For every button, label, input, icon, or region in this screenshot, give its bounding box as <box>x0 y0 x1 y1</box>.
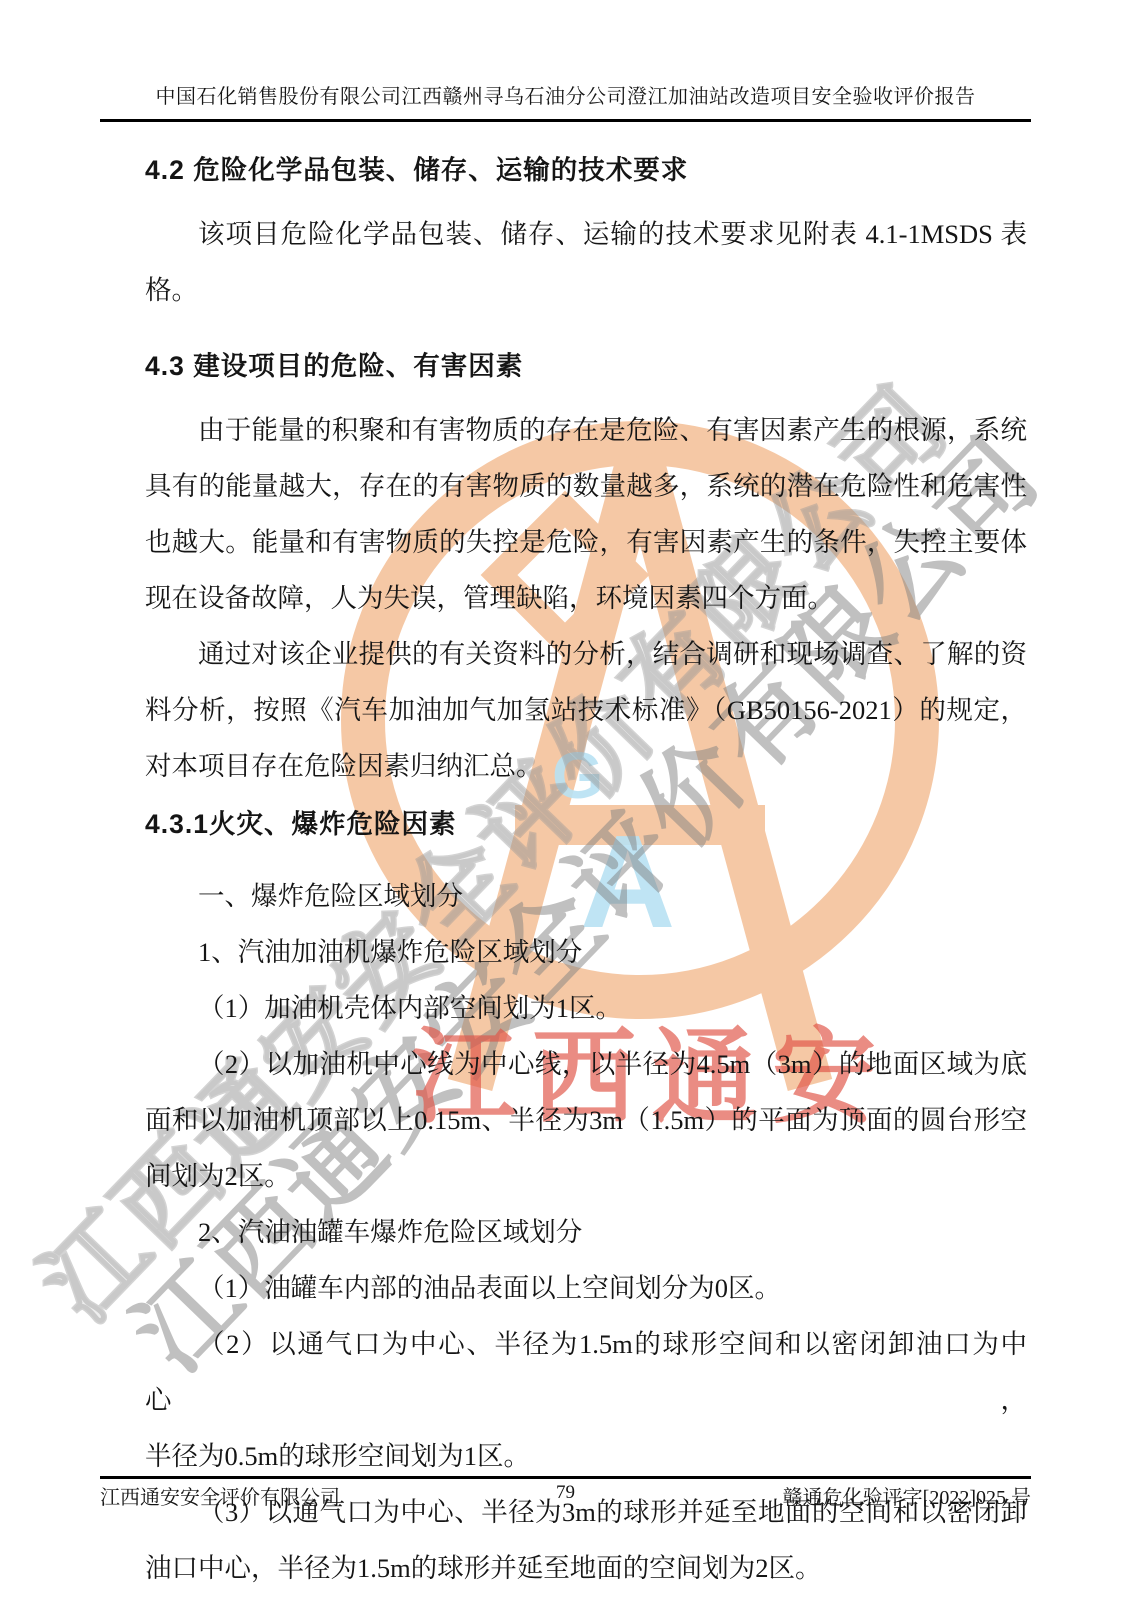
section-heading: 4.3 建设项目的危险、有害因素 <box>145 338 1027 394</box>
body-paragraph: （1）油罐车内部的油品表面以上空间划分为0区。 <box>145 1260 1027 1316</box>
text-line: （2）以通气口为中心、半径为1.5m的球形空间和以密闭卸油口为中心， <box>145 1316 1027 1428</box>
page-content: 中国石化销售股份有限公司江西赣州寻乌石油分公司澄江加油站改造项目安全验收评价报告… <box>0 0 1131 1596</box>
body-paragraph: 由于能量的积聚和有害物质的存在是危险、有害因素产生的根源，系统具有的能量越大，存… <box>145 402 1027 626</box>
body-paragraph: 该项目危险化学品包装、储存、运输的技术要求见附表 4.1-1MSDS 表格。 <box>145 206 1027 318</box>
body-paragraph: 1、汽油加油机爆炸危险区域划分 <box>145 924 1027 980</box>
footer-row: 江西通安安全评价有限公司 79 赣通危化验评字[2022]025 号 <box>0 1479 1131 1509</box>
text-line: 油口中心，半径为1.5m的球形并延至地面的空间划为2区。 <box>145 1540 1027 1596</box>
text-line: 料分析，按照《汽车加油加气加氢站技术标准》（GB50156-2021）的规定， <box>145 682 1027 738</box>
text-line: 面和以加油机顶部以上0.15m、半径为3m（1.5m）的平面为顶面的圆台形空 <box>145 1092 1027 1148</box>
text-line: 4.2 危险化学品包装、储存、运输的技术要求 <box>145 142 1027 198</box>
text-line: 1、汽油加油机爆炸危险区域划分 <box>145 924 1027 980</box>
body-paragraph: （2）以通气口为中心、半径为1.5m的球形空间和以密闭卸油口为中心，半径为0.5… <box>145 1316 1027 1484</box>
text-line: 该项目危险化学品包装、储存、运输的技术要求见附表 4.1-1MSDS 表 <box>145 206 1027 262</box>
text-line: 由于能量的积聚和有害物质的存在是危险、有害因素产生的根源，系统 <box>145 402 1027 458</box>
page-footer: 江西通安安全评价有限公司 79 赣通危化验评字[2022]025 号 <box>0 1476 1131 1509</box>
text-line: 4.3.1火灾、爆炸危险因素 <box>145 796 1027 852</box>
body-paragraph: （2）以加油机中心线为中心线，以半径为4.5m（3m）的地面区域为底面和以加油机… <box>145 1036 1027 1204</box>
text-line: （2）以加油机中心线为中心线，以半径为4.5m（3m）的地面区域为底 <box>145 1036 1027 1092</box>
text-line: 一、爆炸危险区域划分 <box>145 868 1027 924</box>
text-line: 4.3 建设项目的危险、有害因素 <box>145 338 1027 394</box>
report-page: G A 江西通安安全评价有限公司 江西通安安全评价有限公司 江西通安 中国石化销… <box>0 0 1131 1600</box>
text-line: 格。 <box>145 262 1027 318</box>
body-paragraph: （1）加油机壳体内部空间划为1区。 <box>145 980 1027 1036</box>
page-header-title: 中国石化销售股份有限公司江西赣州寻乌石油分公司澄江加油站改造项目安全验收评价报告 <box>0 0 1131 110</box>
document-body: 4.2 危险化学品包装、储存、运输的技术要求该项目危险化学品包装、储存、运输的技… <box>145 142 1027 1596</box>
header-rule <box>100 119 1031 122</box>
text-line: （1）加油机壳体内部空间划为1区。 <box>145 980 1027 1036</box>
section-heading: 4.2 危险化学品包装、储存、运输的技术要求 <box>145 142 1027 198</box>
text-line: 间划为2区。 <box>145 1148 1027 1204</box>
text-line: （1）油罐车内部的油品表面以上空间划分为0区。 <box>145 1260 1027 1316</box>
body-paragraph: 一、爆炸危险区域划分 <box>145 868 1027 924</box>
text-line: 也越大。能量和有害物质的失控是危险，有害因素产生的条件，失控主要体 <box>145 514 1027 570</box>
text-line: 2、汽油油罐车爆炸危险区域划分 <box>145 1204 1027 1260</box>
body-paragraph: 2、汽油油罐车爆炸危险区域划分 <box>145 1204 1027 1260</box>
text-line: 对本项目存在危险因素归纳汇总。 <box>145 738 1027 794</box>
section-heading: 4.3.1火灾、爆炸危险因素 <box>145 796 1027 852</box>
text-line: 现在设备故障，人为失误，管理缺陷，环境因素四个方面。 <box>145 570 1027 626</box>
footer-doc-number: 赣通危化验评字[2022]025 号 <box>783 1485 1031 1511</box>
text-line: 具有的能量越大，存在的有害物质的数量越多，系统的潜在危险性和危害性 <box>145 458 1027 514</box>
body-paragraph: 通过对该企业提供的有关资料的分析，结合调研和现场调查、了解的资料分析，按照《汽车… <box>145 626 1027 794</box>
text-line: 通过对该企业提供的有关资料的分析，结合调研和现场调查、了解的资 <box>145 626 1027 682</box>
